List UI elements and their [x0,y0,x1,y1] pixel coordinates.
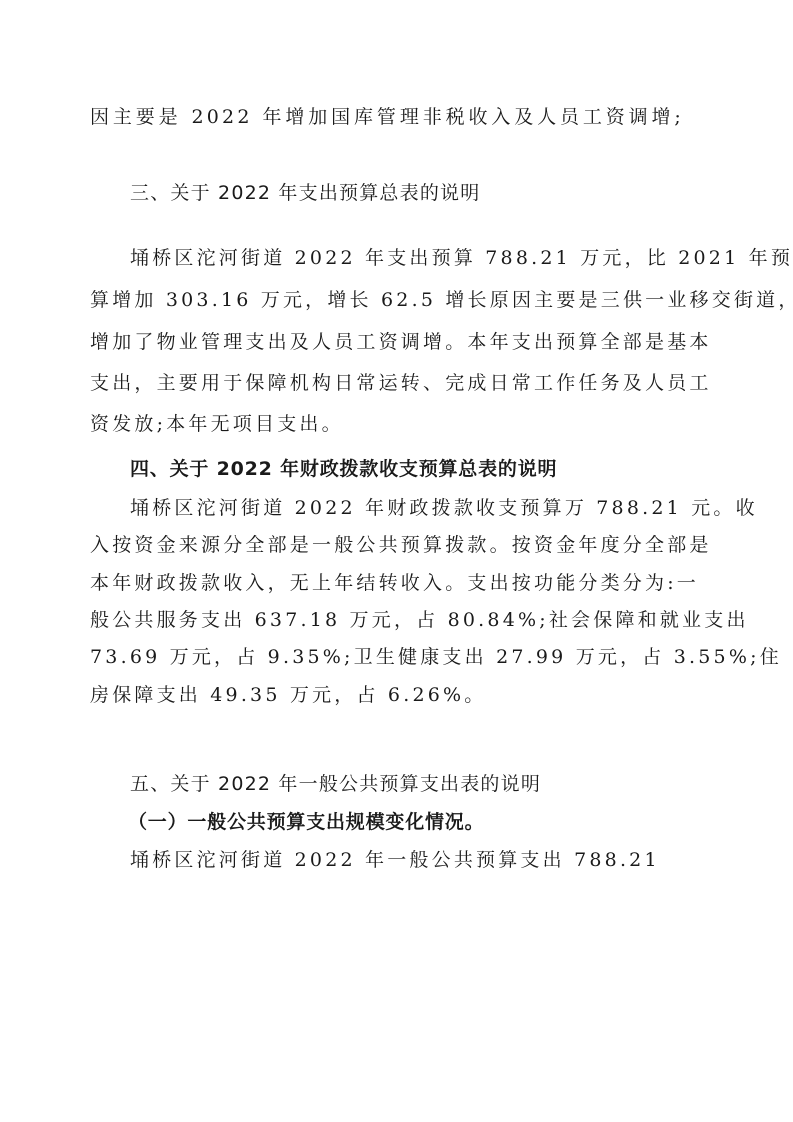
section-5-subheading: （一）一般公共预算支出规模变化情况。 [128,810,722,834]
section-3-line-3: 增加了物业管理支出及人员工资调增。本年支出预算全部是基本 [90,330,684,354]
section-3-line-4: 支出，主要用于保障机构日常运转、完成日常工作任务及人员工 [90,371,684,395]
section-5-heading: 五、关于 2022 年一般公共预算支出表的说明 [130,772,684,796]
section-4-line-6: 房保障支出 49.35 万元，占 6.26%。 [90,683,684,707]
section-3-heading: 三、关于 2022 年支出预算总表的说明 [130,181,684,205]
section-3-line-1: 埇桥区沱河街道 2022 年支出预算 788.21 万元，比 2021 年预 [130,246,684,270]
section-4-line-3: 本年财政拨款收入，无上年结转收入。支出按功能分类分为:一 [90,571,684,595]
paragraph-continuation: 因主要是 2022 年增加国库管理非税收入及人员工资调增; [90,105,684,129]
section-3-line-5: 资发放;本年无项目支出。 [90,412,684,436]
section-4-heading: 四、关于 2022 年财政拨款收支预算总表的说明 [130,457,684,481]
section-4-line-5: 73.69 万元，占 9.35%;卫生健康支出 27.99 万元，占 3.55%… [90,645,684,669]
section-5-line-1: 埇桥区沱河街道 2022 年一般公共预算支出 788.21 [130,848,684,872]
section-4-line-4: 般公共服务支出 637.18 万元，占 80.84%;社会保障和就业支出 [90,608,684,632]
section-3-line-2: 算增加 303.16 万元，增长 62.5 增长原因主要是三供一业移交街道， [90,288,684,312]
section-4-line-2: 入按资金来源分全部是一般公共预算拨款。按资金年度分全部是 [90,533,684,557]
section-4-line-1: 埇桥区沱河街道 2022 年财政拨款收支预算万 788.21 元。收 [130,496,684,520]
